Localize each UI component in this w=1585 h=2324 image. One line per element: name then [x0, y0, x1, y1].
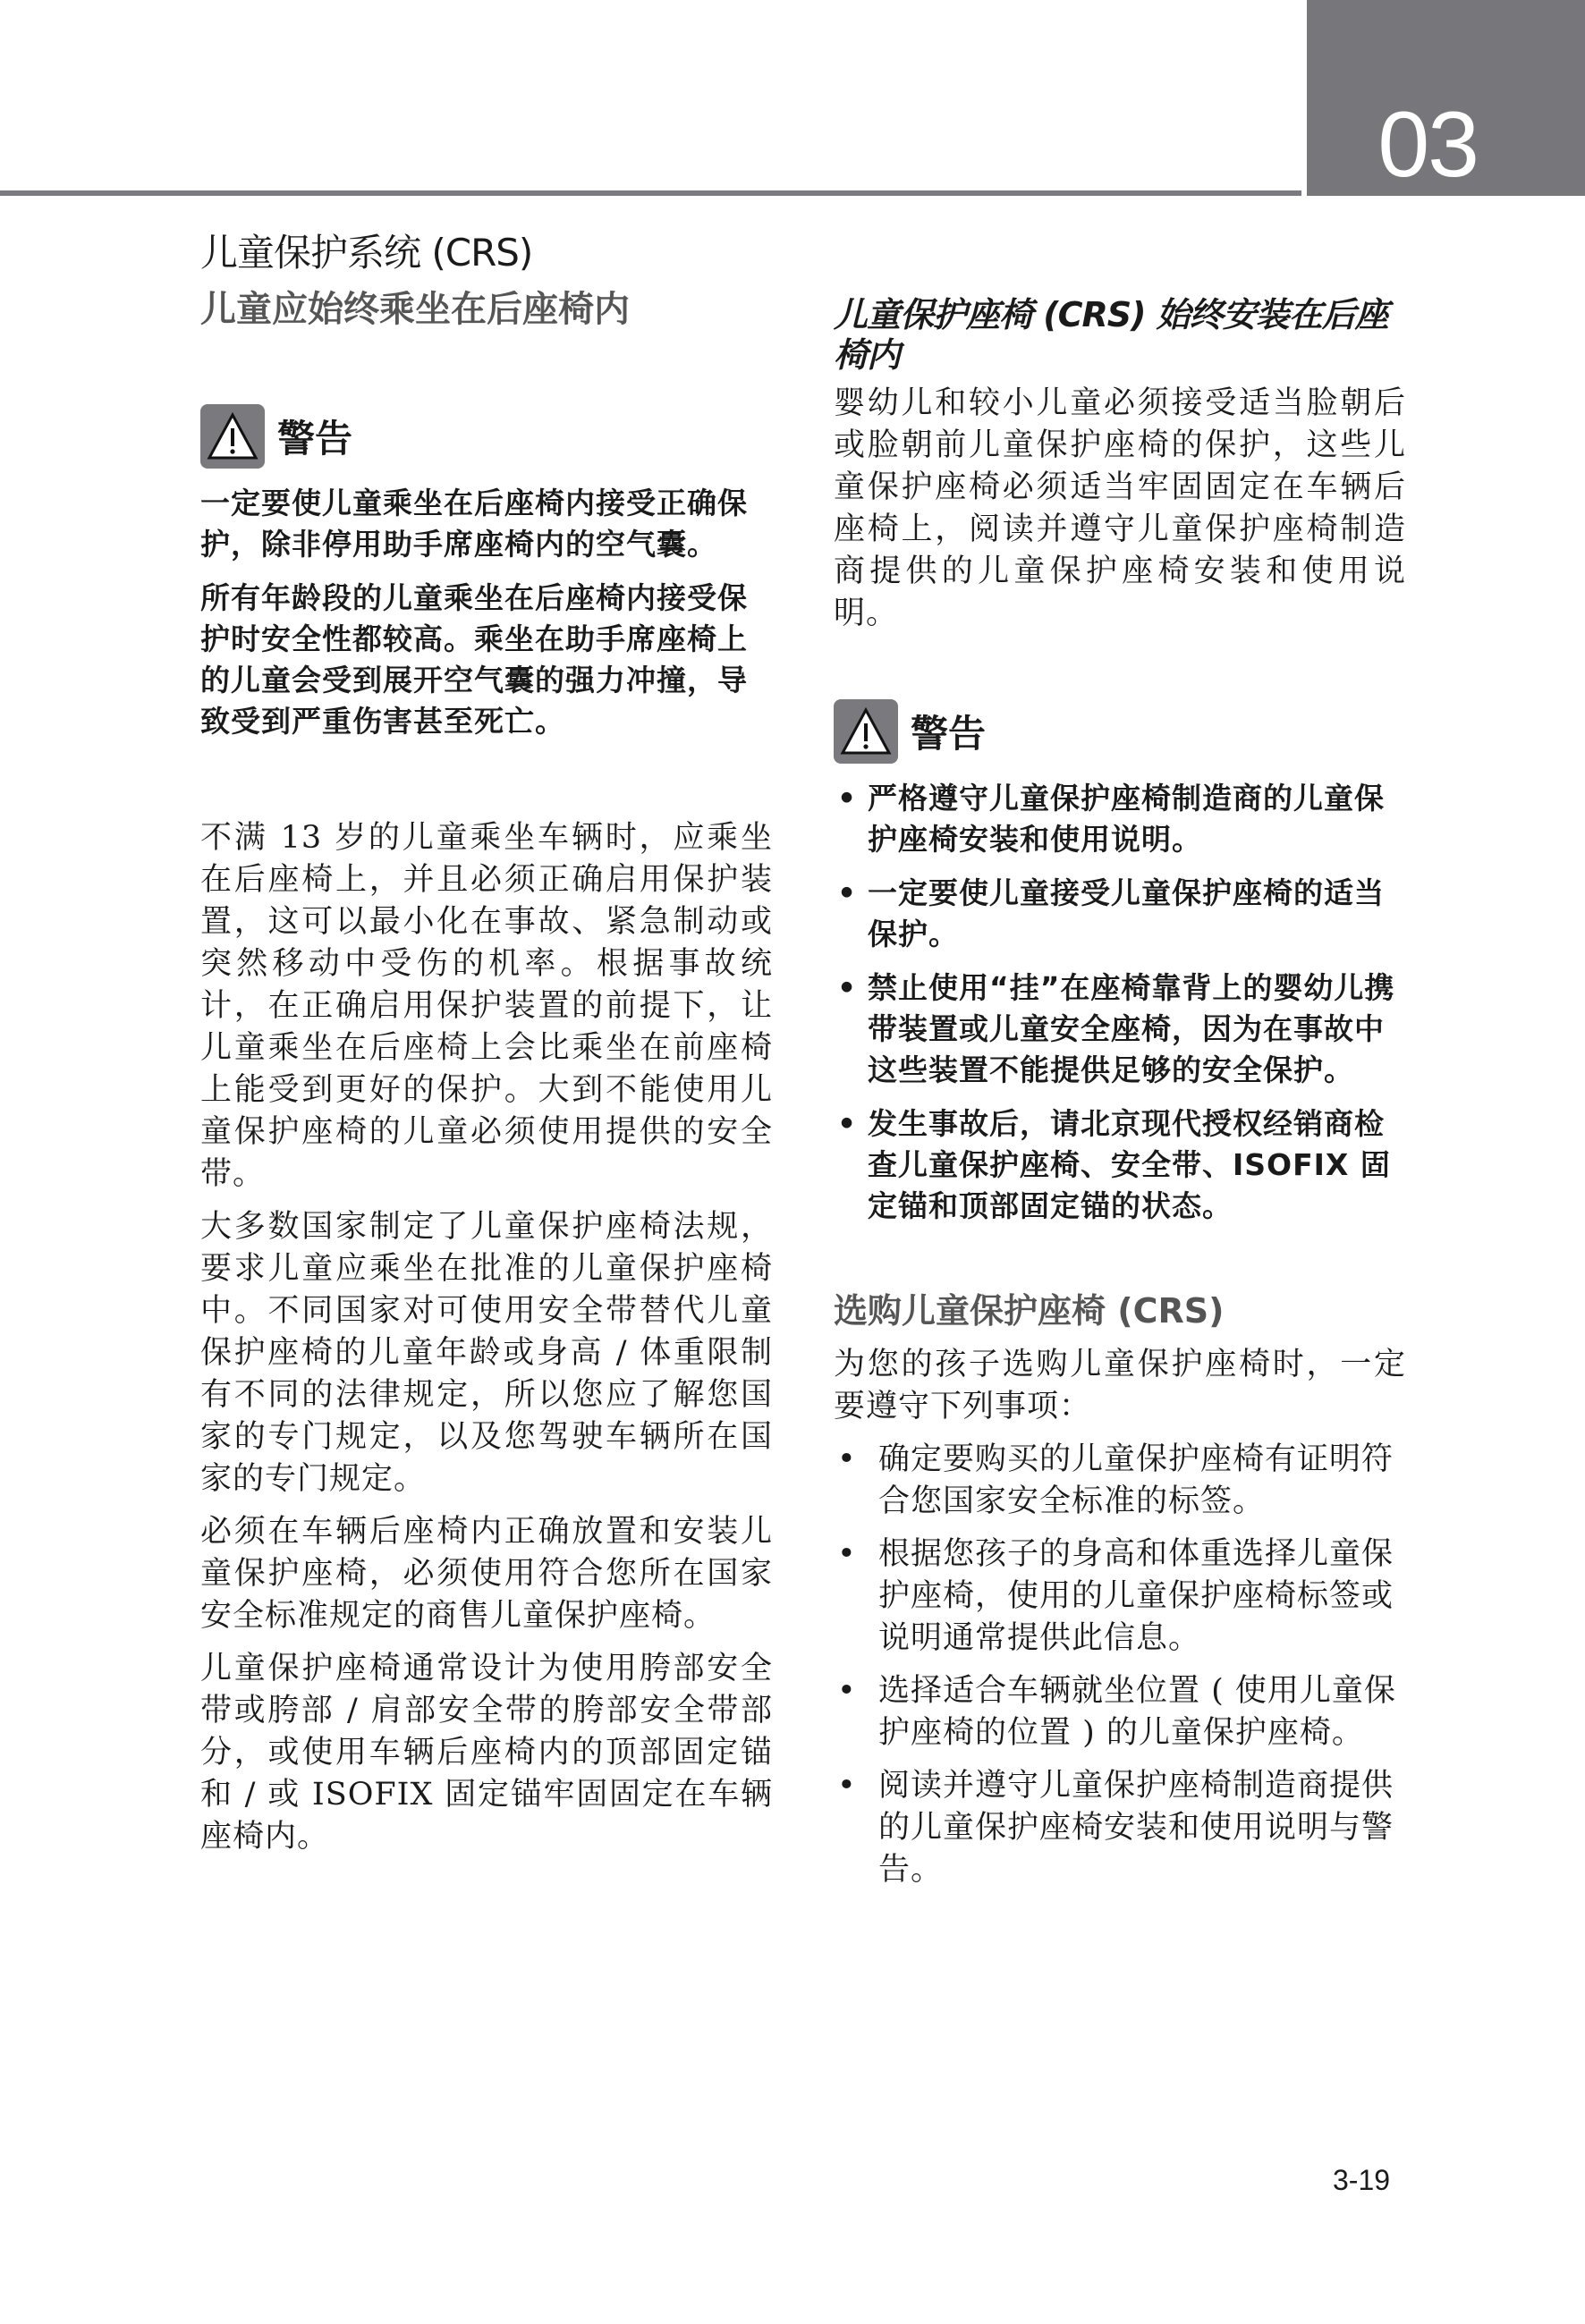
bullet-icon: •: [837, 1670, 857, 1712]
section-heading-italic: 儿童保护座椅 (CRS) 始终安装在后座椅内: [834, 295, 1406, 376]
warning-item: •一定要使儿童接受儿童保护座椅的适当保护。: [834, 873, 1406, 955]
left-column: 儿童保护系统 (CRS) 儿童应始终乘坐在后座椅内 警告 一定要使儿童乘坐在后座…: [200, 231, 773, 1869]
selection-item: •确定要购买的儿童保护座椅有证明符合您国家安全标准的标签。: [834, 1439, 1406, 1523]
body-paragraph: 儿童保护座椅通常设计为使用胯部安全带或胯部 / 肩部安全带的胯部安全带部分，或使…: [200, 1648, 773, 1858]
body-paragraph: 大多数国家制定了儿童保护座椅法规，要求儿童应乘坐在批准的儿童保护座椅中。不同国家…: [200, 1206, 773, 1500]
right-column: 儿童保护座椅 (CRS) 始终安装在后座椅内 婴幼儿和较小儿童必须接受适当脸朝后…: [834, 295, 1406, 1902]
bullet-icon: •: [837, 1103, 857, 1145]
chapter-number: 03: [1377, 98, 1478, 191]
warning-triangle-icon: [834, 699, 898, 764]
warning-label: 警告: [277, 410, 352, 463]
warning-text: 所有年龄段的儿童乘坐在后座椅内接受保护时安全性都较高。乘坐在助手席座椅上的儿童会…: [200, 578, 773, 742]
bullet-icon: •: [837, 1765, 857, 1807]
warning-header: 警告: [834, 699, 1406, 764]
header-divider: [0, 190, 1301, 196]
selection-heading: 选购儿童保护座椅 (CRS): [834, 1291, 1406, 1332]
section-subtitle: 儿童应始终乘坐在后座椅内: [200, 288, 773, 331]
warning-text: 一定要使儿童乘坐在后座椅内接受正确保护，除非停用助手席座椅内的空气囊。: [200, 483, 773, 565]
warning-header: 警告: [200, 404, 773, 469]
bullet-icon: •: [837, 778, 857, 819]
selection-intro: 为您的孩子选购儿童保护座椅时，一定要遵守下列事项：: [834, 1344, 1406, 1428]
body-paragraph: 必须在车辆后座椅内正确放置和安装儿童保护座椅，必须使用符合您所在国家安全标准规定…: [200, 1511, 773, 1637]
bullet-icon: •: [837, 968, 857, 1009]
section-title: 儿童保护系统 (CRS): [200, 231, 773, 275]
warning-box-right: 警告 •严格遵守儿童保护座椅制造商的儿童保护座椅安装和使用说明。 •一定要使儿童…: [834, 699, 1406, 1227]
body-paragraph: 不满 13 岁的儿童乘坐车辆时，应乘坐在后座椅上，并且必须正确启用保护装置，这可…: [200, 817, 773, 1196]
warning-list: •严格遵守儿童保护座椅制造商的儿童保护座椅安装和使用说明。 •一定要使儿童接受儿…: [834, 778, 1406, 1227]
warning-triangle-icon: [200, 404, 265, 469]
selection-item: •选择适合车辆就坐位置 ( 使用儿童保护座椅的位置 ) 的儿童保护座椅。: [834, 1670, 1406, 1754]
warning-item: •严格遵守儿童保护座椅制造商的儿童保护座椅安装和使用说明。: [834, 778, 1406, 860]
selection-item: •根据您孩子的身高和体重选择儿童保护座椅，使用的儿童保护座椅标签或说明通常提供此…: [834, 1534, 1406, 1660]
selection-item: •阅读并遵守儿童保护座椅制造商提供的儿童保护座椅安装和使用说明与警告。: [834, 1765, 1406, 1891]
warning-item: •发生事故后，请北京现代授权经销商检查儿童保护座椅、安全带、ISOFIX 固定锚…: [834, 1103, 1406, 1227]
page-number: 3-19: [1333, 2164, 1390, 2197]
selection-list: •确定要购买的儿童保护座椅有证明符合您国家安全标准的标签。 •根据您孩子的身高和…: [834, 1439, 1406, 1891]
warning-box-left: 警告 一定要使儿童乘坐在后座椅内接受正确保护，除非停用助手席座椅内的空气囊。 所…: [200, 404, 773, 742]
bullet-icon: •: [837, 1439, 857, 1481]
warning-label: 警告: [911, 705, 986, 758]
bullet-icon: •: [837, 1534, 857, 1576]
warning-item: •禁止使用“挂”在座椅靠背上的婴幼儿携带装置或儿童安全座椅，因为在事故中这些装置…: [834, 968, 1406, 1091]
chapter-tab: 03: [1307, 0, 1585, 196]
bullet-icon: •: [837, 873, 857, 914]
intro-paragraph: 婴幼儿和较小儿童必须接受适当脸朝后或脸朝前儿童保护座椅的保护，这些儿童保护座椅必…: [834, 383, 1406, 635]
